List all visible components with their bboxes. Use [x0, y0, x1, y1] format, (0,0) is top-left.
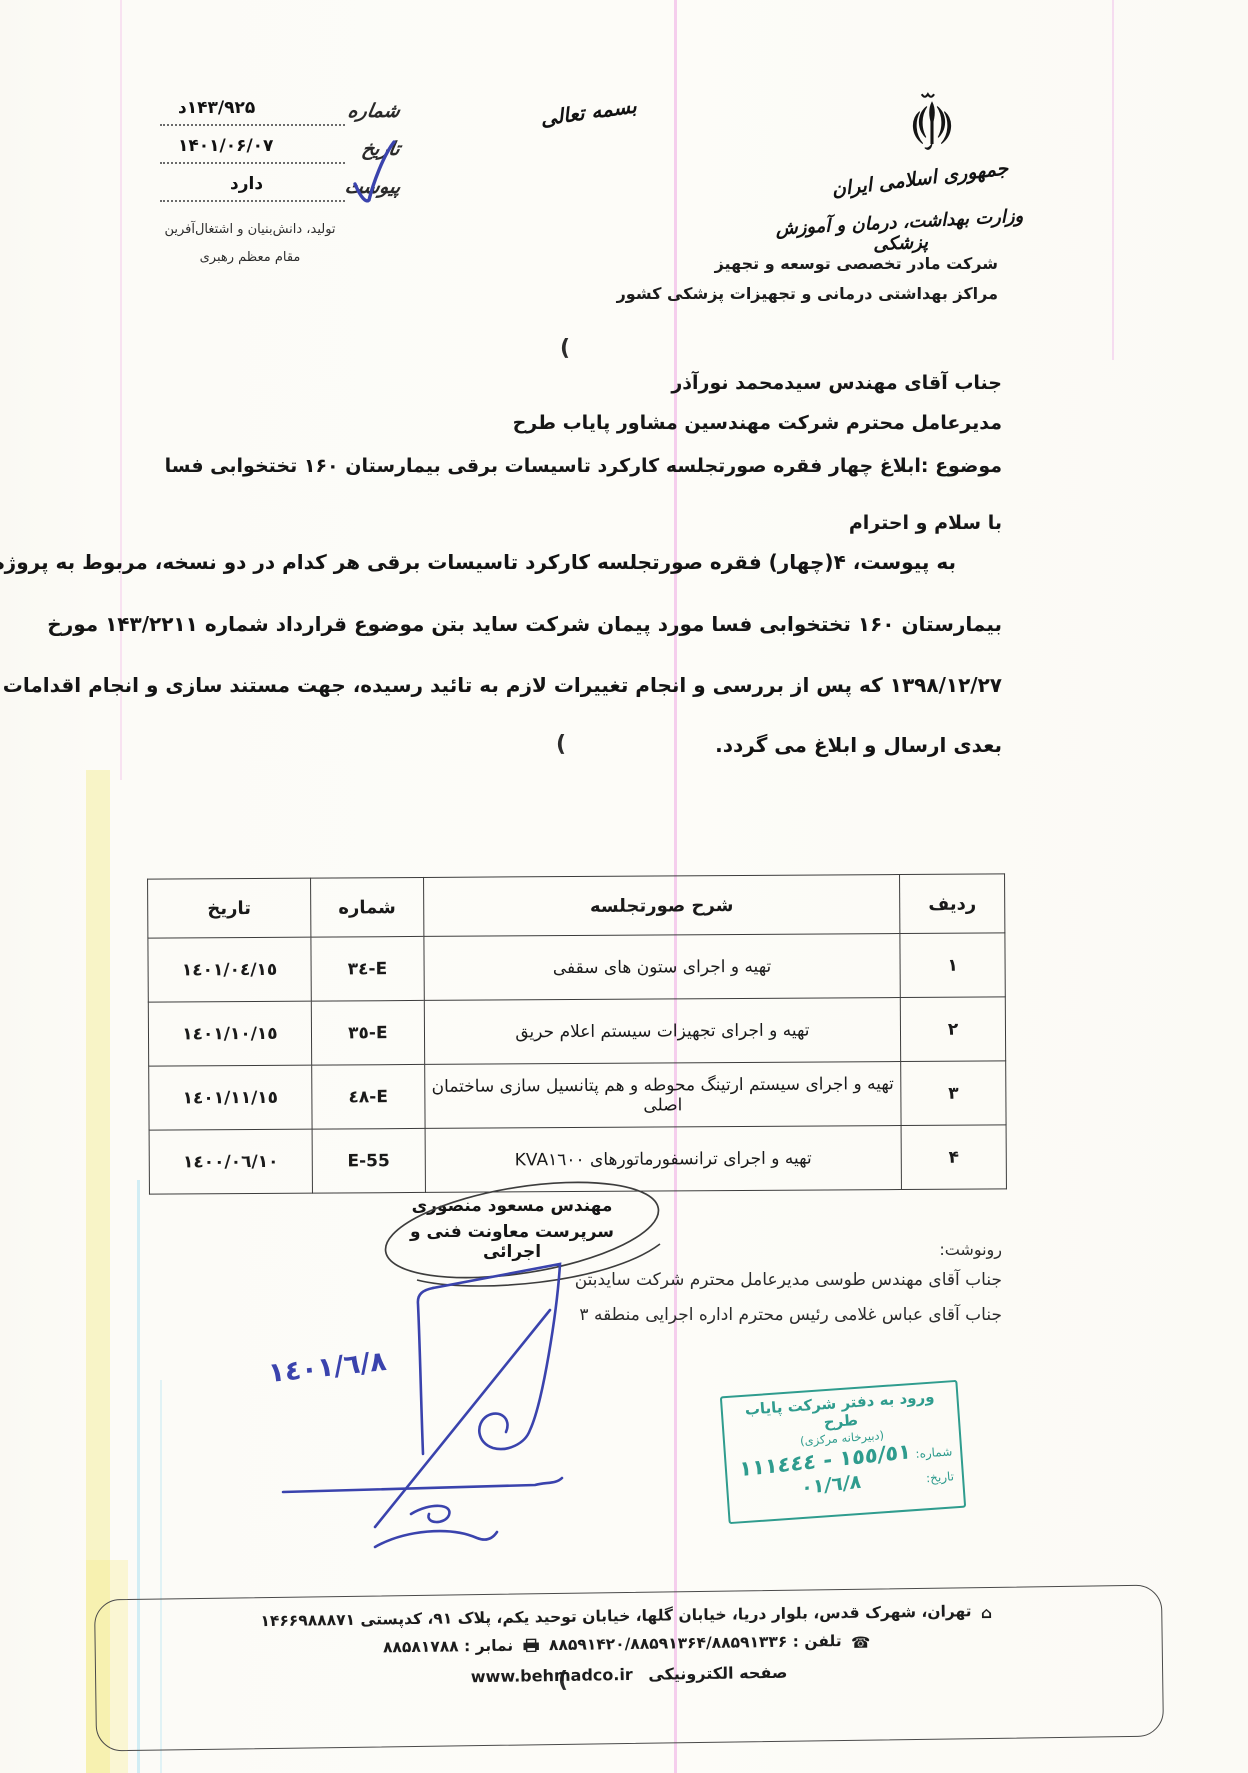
ref-date-value: ۱۴۰۱/۰۶/۰۷ [178, 136, 273, 156]
ref-attachment-value: دارد [230, 174, 263, 194]
header-number: شماره [310, 877, 423, 937]
table-row: ۳ تهیه و اجرای سیستم ارتینگ محوطه و هم پ… [149, 1061, 1006, 1130]
footer-address: تهران، شهرک قدس، بلوار دریا، خیابان گلها… [260, 1602, 971, 1630]
cell-row-1: ۱ [900, 933, 1005, 998]
table-row: ۲ تهیه و اجرای تجهیزات سیستم اعلام حریق … [148, 997, 1005, 1066]
scanned-letter-page: بسمه تعالی شماره ۱۴۳/۹۲۵د تاریخ ۱۴۰۱/۰۶/… [0, 0, 1248, 1773]
recipient-title: مدیرعامل محترم شرکت مهندسین مشاور پایاب … [513, 412, 1002, 434]
body-line1: به پیوست، ۴(چهار) فقره صورتجلسه کارکرد ت… [160, 550, 1002, 574]
stamp-date-label: تاریخ: [926, 1469, 955, 1485]
letterhead-org1: شرکت مادر تخصصی توسعه و تجهیز [715, 254, 998, 273]
cell-date-1: ١٤٠١/٠٤/١٥ [148, 937, 311, 1002]
bismillah: بسمه تعالی [539, 93, 638, 130]
building-icon: ⌂ [981, 1604, 992, 1622]
minutes-table: ردیف شرح صورتجلسه شماره تاریخ ۱ تهیه و ا… [147, 873, 1007, 1194]
ref-number-value: ۱۴۳/۹۲۵د [178, 98, 255, 118]
salutation: با سلام و احترام [849, 512, 1002, 534]
footer-web-label: صفحه الکترونیکی [648, 1663, 787, 1684]
pen-mark-1: ) [560, 336, 570, 361]
pen-checkmark-icon [348, 138, 400, 210]
body-line3: ۱۳۹۸/۱۲/۲۷ که پس از بررسی و انجام تغییرا… [160, 673, 1002, 697]
cell-no-3: E-٤٨ [312, 1064, 425, 1129]
ref-date-dots [160, 162, 345, 164]
body-line2: بیمارستان ۱۶۰ تختخوابی فسا مورد پیمان شر… [160, 612, 1002, 636]
letterhead-republic: جمهوری اسلامی ایران [819, 156, 1020, 202]
footer-box: ⌂ تهران، شهرک قدس، بلوار دریا، خیابان گل… [94, 1585, 1164, 1752]
pen-signature-scribble [225, 1252, 655, 1582]
footer-fax-label: نمابر : [464, 1637, 513, 1656]
cell-row-2: ۲ [900, 997, 1005, 1062]
cell-no-1: E-٣٤ [311, 936, 424, 1001]
entry-stamp: ورود به دفتر شرکت پایاب طرح (دبیرخانه مر… [720, 1380, 966, 1524]
footer-website[interactable]: www.behmadco.ir [471, 1665, 633, 1686]
scan-line-pink-right [1112, 0, 1114, 360]
table-row: ۱ تهیه و اجرای ستون های سقفی E-٣٤ ١٤٠١/٠… [148, 933, 1005, 1002]
footer-phone-line: ☎ تلفن : ۸۸۵۹۱۴۲۰/۸۸۵۹۱۳۶۴/۸۸۵۹۱۳۳۶ نماب… [96, 1628, 1162, 1663]
cell-desc-3: تهیه و اجرای سیستم ارتینگ محوطه و هم پتا… [424, 1062, 901, 1129]
cell-date-3: ١٤٠١/١١/١٥ [149, 1065, 312, 1130]
recipient-name: جناب آقای مهندس سیدمحمد نورآذر [671, 372, 1002, 394]
body-line4: بعدی ارسال و ابلاغ می گردد. [160, 733, 1002, 757]
cell-date-4: ١٤٠٠/٠٦/١٠ [149, 1129, 312, 1194]
phone-icon: ☎ [851, 1634, 871, 1652]
slogan-line2: مقام معظم رهبری [155, 250, 345, 265]
cell-row-3: ۳ [901, 1061, 1006, 1126]
subject-line: موضوع :ابلاغ چهار فقره صورتجلسه کارکرد ت… [165, 455, 1002, 477]
stamp-number-label: شماره: [915, 1444, 953, 1461]
cell-desc-1: تهیه و اجرای ستون های سقفی [424, 934, 901, 1001]
slogan-line1: تولید، دانش‌بنیان و اشتغال‌آفرین [155, 222, 345, 237]
cc-label: رونوشت: [939, 1240, 1002, 1259]
table-header-row: ردیف شرح صورتجلسه شماره تاریخ [148, 874, 1005, 938]
iran-emblem-icon [900, 88, 964, 160]
ref-number-row: شماره ۱۴۳/۹۲۵د [160, 100, 400, 134]
cell-no-2: E-٣٥ [311, 1000, 424, 1065]
letterhead-ministry: وزارت بهداشت، درمان و آموزش پزشکی [769, 205, 1031, 261]
scan-line-pink-left [120, 0, 122, 780]
footer-fax: ۸۸۵۸۱۷۸۸ [383, 1637, 459, 1656]
header-row-number: ردیف [900, 874, 1005, 934]
cell-row-4: ۴ [901, 1125, 1006, 1190]
letterhead-org2: مراکز بهداشتی درمانی و تجهیزات پزشکی کشو… [617, 284, 998, 303]
fax-icon [522, 1638, 539, 1656]
header-date: تاریخ [148, 878, 311, 938]
cell-desc-2: تهیه و اجرای تجهیزات سیستم اعلام حریق [424, 998, 901, 1065]
footer-web-line: صفحه الکترونیکی www.behmadco.ir [96, 1658, 1162, 1692]
footer-phone-label: تلفن : [793, 1632, 842, 1651]
ref-attachment-dots [160, 200, 345, 202]
cell-date-2: ١٤٠١/١٠/١٥ [148, 1001, 311, 1066]
footer-phones: ۸۸۵۹۱۴۲۰/۸۸۵۹۱۳۶۴/۸۸۵۹۱۳۳۶ [549, 1633, 788, 1654]
ref-number-label: شماره [346, 100, 402, 122]
minutes-table-wrapper: ردیف شرح صورتجلسه شماره تاریخ ۱ تهیه و ا… [147, 873, 1007, 1194]
header-description: شرح صورتجلسه [423, 875, 900, 937]
ref-number-dots [160, 124, 345, 126]
